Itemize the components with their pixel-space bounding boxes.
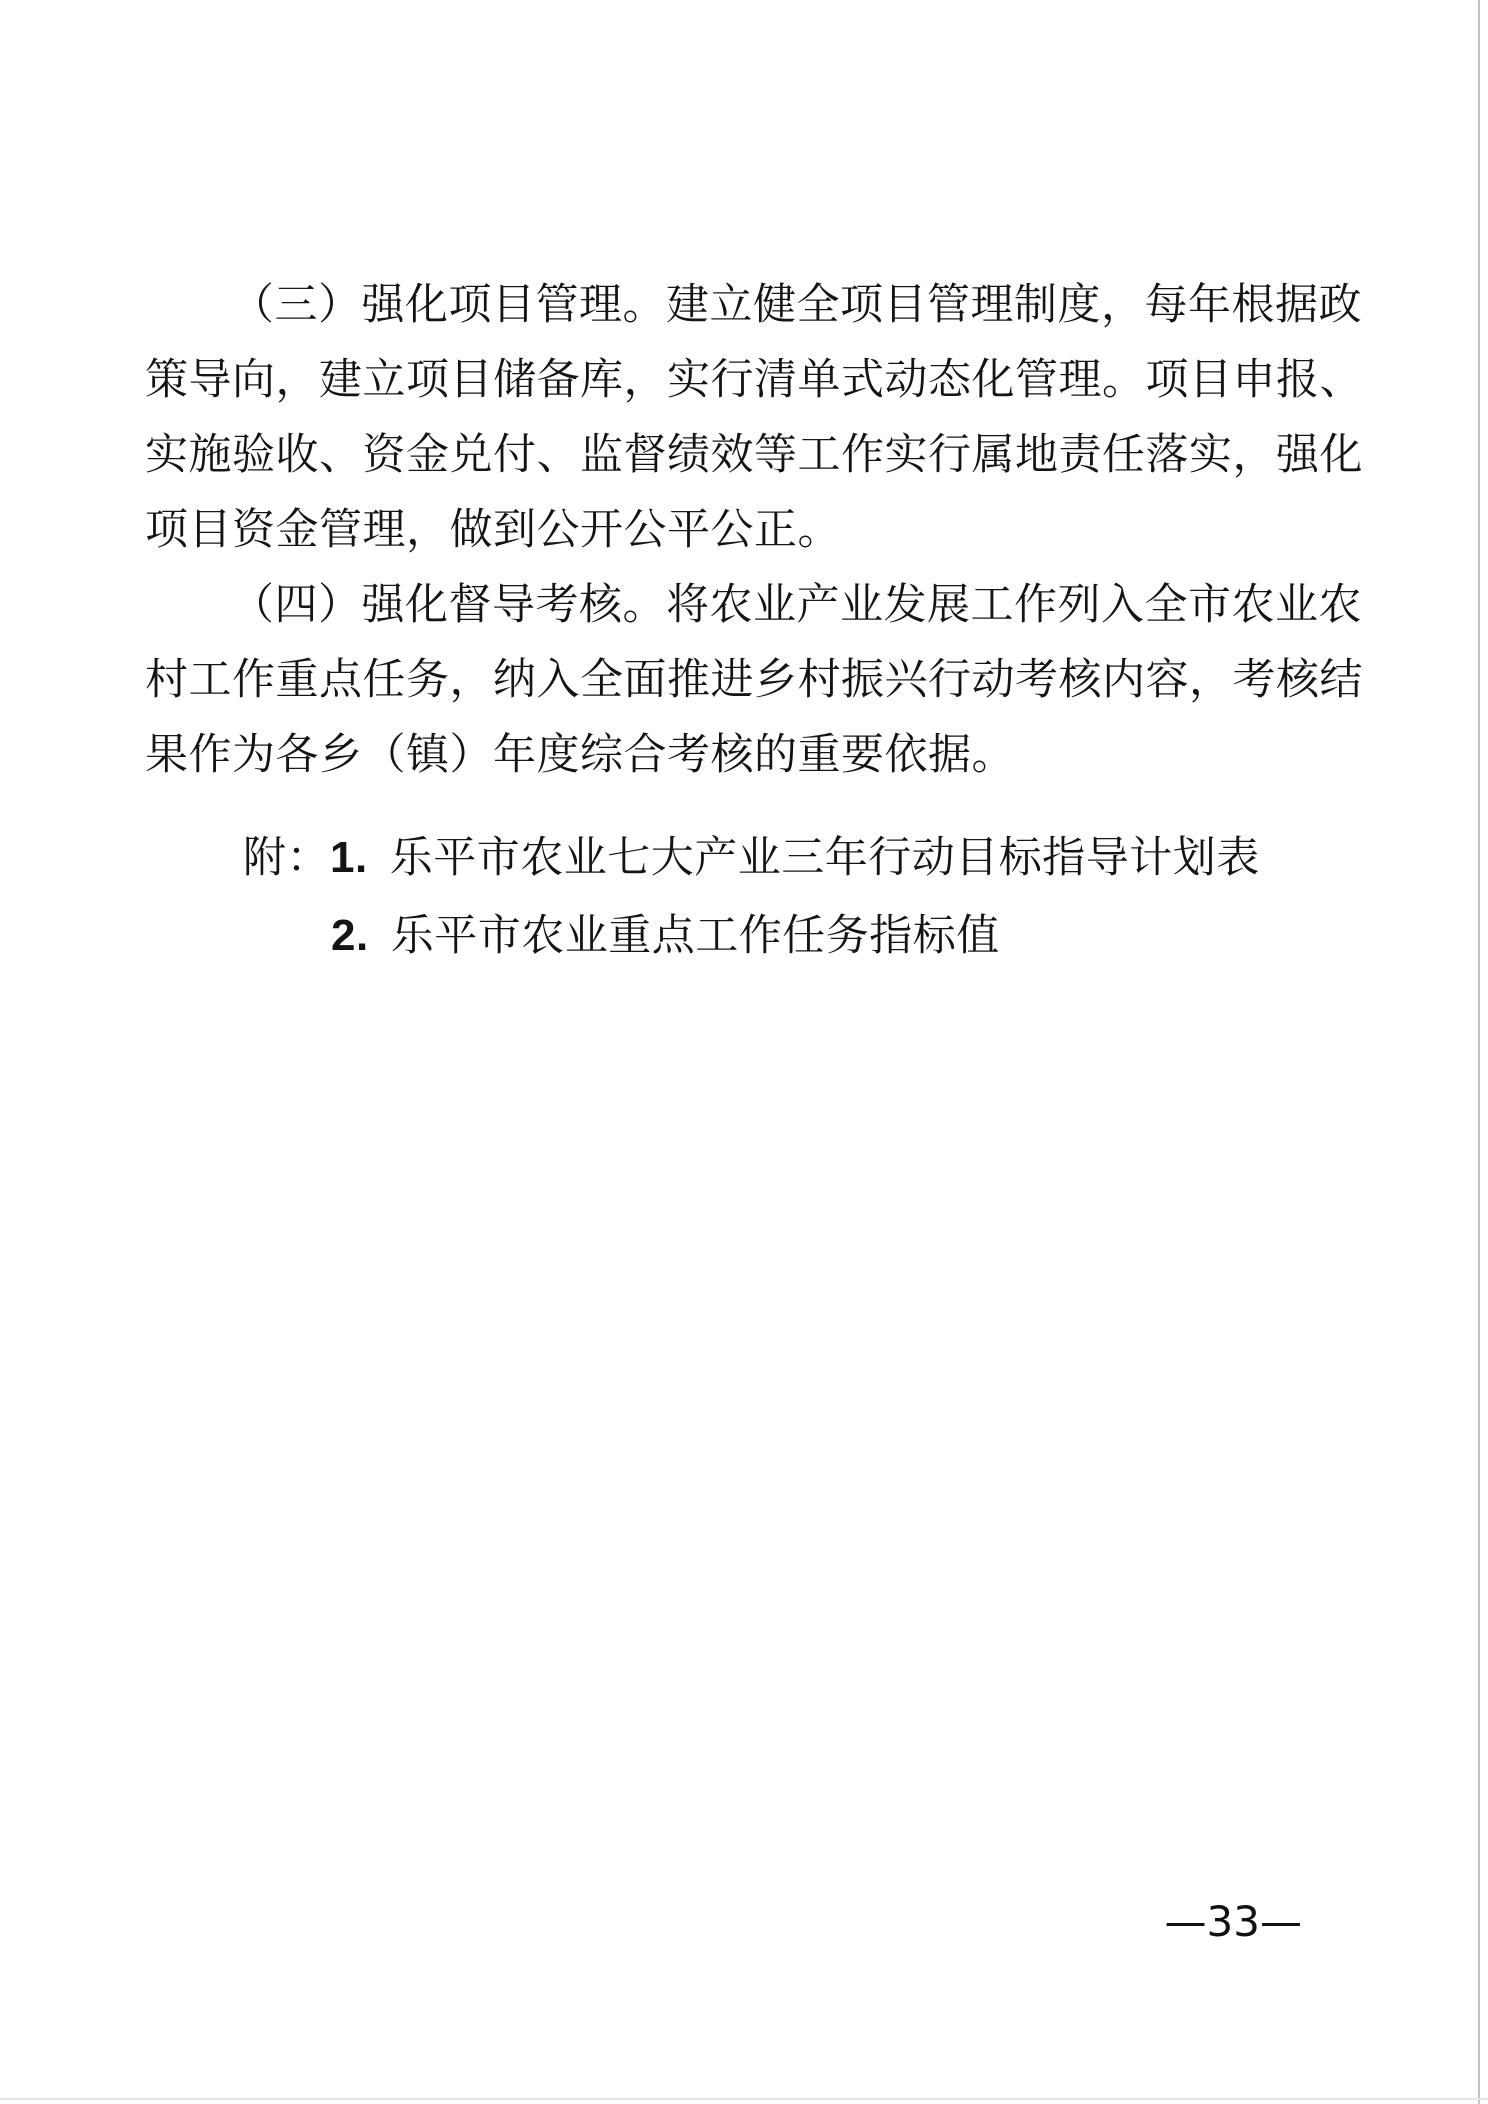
paragraph-line: 村工作重点任务，纳入全面推进乡村振兴行动考核内容，考核结 [145, 643, 1370, 718]
attachment-item: 2.乐平市农业重点工作任务指标值 [145, 897, 1370, 975]
document-body: （三）强化项目管理。建立健全项目管理制度，每年根据政 策导向，建立项目储备库，实… [145, 268, 1370, 975]
paragraph-line: （三）强化项目管理。建立健全项目管理制度，每年根据政 [145, 268, 1370, 343]
paragraph-line: 实施验收、资金兑付、监督绩效等工作实行属地责任落实，强化 [145, 418, 1370, 493]
attachment-item-title: 乐平市农业重点工作任务指标值 [391, 913, 1000, 960]
paragraph-line: （四）强化督导考核。将农业产业发展工作列入全市农业农 [145, 568, 1370, 643]
paragraph-supervision-assessment: （四）强化督导考核。将农业产业发展工作列入全市农业农 村工作重点任务，纳入全面推… [145, 568, 1370, 793]
document-page: （三）强化项目管理。建立健全项目管理制度，每年根据政 策导向，建立项目储备库，实… [0, 0, 1488, 2104]
scan-edge-line [0, 2098, 1488, 2100]
paragraph-line: 策导向，建立项目储备库，实行清单式动态化管理。项目申报、 [145, 343, 1370, 418]
attachment-item-number: 2. [331, 911, 369, 960]
paragraph-project-management: （三）强化项目管理。建立健全项目管理制度，每年根据政 策导向，建立项目储备库，实… [145, 268, 1370, 568]
paragraph-line: 项目资金管理，做到公开公平公正。 [145, 493, 1370, 568]
attachment-item: 附：1.乐平市农业七大产业三年行动目标指导计划表 [145, 819, 1370, 897]
attachment-item-number: 1. [330, 833, 368, 882]
attachment-label: 附： [243, 835, 330, 882]
paragraph-line: 果作为各乡（镇）年度综合考核的重要依据。 [145, 718, 1370, 793]
attachment-item-title: 乐平市农业七大产业三年行动目标指导计划表 [390, 835, 1260, 882]
scan-edge-line [1478, 0, 1480, 2104]
page-number: —33— [1165, 1898, 1302, 1946]
attachment-list: 附：1.乐平市农业七大产业三年行动目标指导计划表 2.乐平市农业重点工作任务指标… [145, 819, 1370, 975]
